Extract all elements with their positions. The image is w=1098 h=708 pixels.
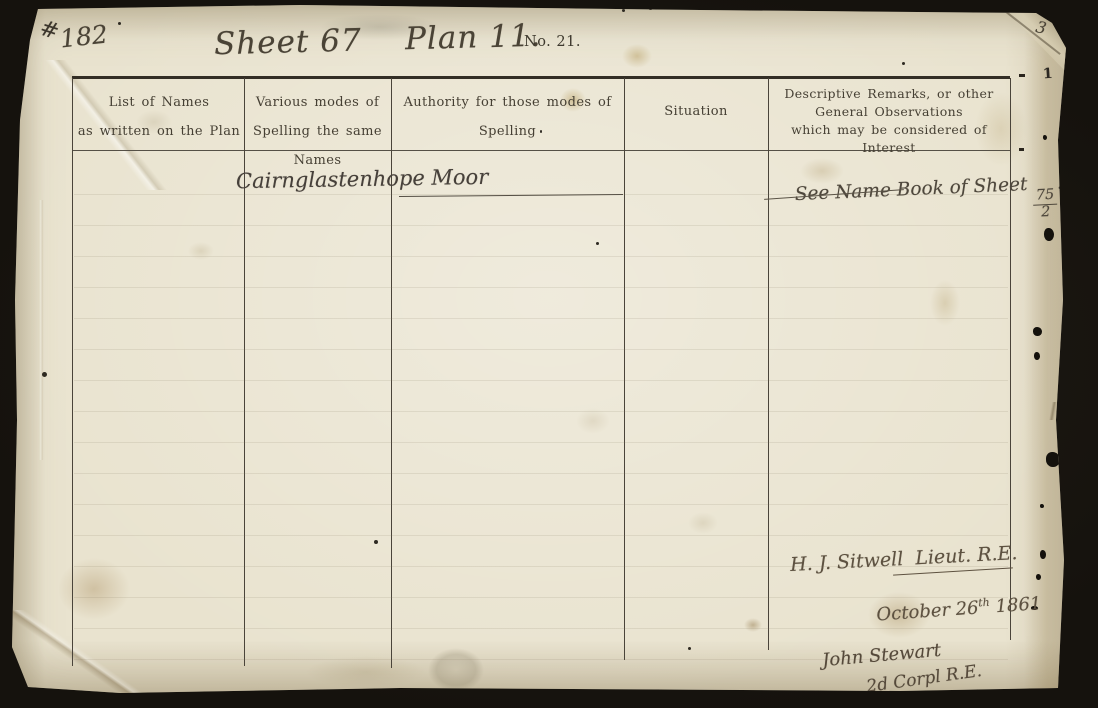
header-line: as written on the Plan bbox=[76, 117, 242, 146]
page-annotation-number: 182 bbox=[59, 20, 109, 54]
worm-hole bbox=[1033, 327, 1042, 336]
document-page: # 182 Sheet 67 Plan 11. No. 21. 3 1 List… bbox=[0, 0, 1098, 708]
header-line: Situation bbox=[626, 103, 766, 121]
surveyor-signature: John Stewart bbox=[821, 640, 942, 671]
worm-hole bbox=[1040, 550, 1046, 559]
stain bbox=[622, 44, 652, 68]
remarks-text: See Name Book of Sheet bbox=[794, 174, 1027, 205]
date-year: 1861 bbox=[995, 593, 1042, 617]
worm-hole bbox=[1040, 504, 1044, 508]
signature-date: October 26th 1861 bbox=[840, 571, 1043, 649]
stain bbox=[576, 408, 610, 434]
edge-mark bbox=[1019, 148, 1024, 151]
worm-hole bbox=[1046, 452, 1060, 467]
ink-spot bbox=[902, 62, 905, 65]
edge-mark bbox=[1019, 74, 1025, 77]
header-line: Descriptive Remarks, or other bbox=[770, 85, 1008, 103]
header-line: List of Names bbox=[76, 88, 242, 117]
fraction-numerator: 75 bbox=[1033, 188, 1058, 206]
stain bbox=[930, 280, 960, 326]
header-line: Authority for those modes of bbox=[393, 88, 622, 117]
paper-crease bbox=[36, 200, 46, 460]
torn-corner bbox=[1002, 6, 1066, 72]
ink-spot bbox=[688, 647, 691, 650]
entry-remarks: See Name Book of Sheet752. bbox=[758, 151, 1065, 253]
column-header-authority: Authority for those modes of Spelling bbox=[393, 88, 622, 146]
ink-spot bbox=[42, 372, 47, 377]
date-ordinal: th bbox=[978, 596, 990, 610]
date-main: October 26 bbox=[876, 597, 980, 625]
hash-mark: # bbox=[37, 16, 62, 45]
ink-spot bbox=[622, 9, 625, 12]
ink-spot bbox=[648, 6, 653, 10]
corner-mark-side: 1 bbox=[1042, 66, 1053, 83]
stain bbox=[188, 242, 214, 260]
stain bbox=[688, 512, 718, 534]
table-top-border bbox=[72, 76, 1010, 79]
header-line: General Observations bbox=[770, 103, 1008, 121]
form-number-label: No. 21. bbox=[524, 34, 581, 50]
stain bbox=[744, 618, 762, 632]
stain bbox=[306, 656, 426, 688]
column-header-various-modes: Various modes of Spelling the same Names bbox=[246, 88, 389, 175]
column-divider bbox=[624, 78, 625, 660]
tear-crack bbox=[1003, 9, 1061, 55]
sheet-fraction: 752 bbox=[1033, 188, 1059, 221]
header-line: Spelling bbox=[393, 117, 622, 146]
column-header-situation: Situation bbox=[626, 103, 766, 121]
table-left-border bbox=[72, 78, 73, 666]
header-line: which may be considered of Interest bbox=[770, 121, 1008, 157]
examiner-signature: H. J. Sitwell Lieut. R.E. bbox=[790, 542, 1018, 576]
ink-spot bbox=[374, 540, 378, 544]
sheet-plan-title-handwritten: Sheet 67 Plan 11. bbox=[214, 18, 542, 63]
stain bbox=[428, 648, 484, 692]
fraction-denominator: 2 bbox=[1041, 205, 1051, 221]
paper-crease bbox=[1030, 402, 1076, 420]
surveyor-rank: 2d Corpl R.E. bbox=[865, 661, 983, 697]
column-header-list-of-names: List of Names as written on the Plan bbox=[76, 88, 242, 146]
stain bbox=[58, 558, 130, 620]
header-line: Various modes of bbox=[246, 88, 389, 117]
entry-rule-line bbox=[399, 194, 623, 197]
worm-hole bbox=[1034, 352, 1040, 360]
scan-background: # 182 Sheet 67 Plan 11. No. 21. 3 1 List… bbox=[0, 0, 1098, 708]
column-header-descriptive-remarks: Descriptive Remarks, or other General Ob… bbox=[770, 85, 1008, 157]
ink-spot bbox=[118, 22, 121, 25]
remarks-period: . bbox=[1056, 172, 1063, 193]
paper-crease bbox=[0, 610, 150, 700]
corner-mark-top: 3 bbox=[1034, 17, 1048, 38]
entry-name-spelling: Cairnglastenhope Moor bbox=[236, 165, 489, 193]
worm-hole bbox=[1043, 135, 1047, 140]
ink-spot bbox=[596, 242, 599, 245]
